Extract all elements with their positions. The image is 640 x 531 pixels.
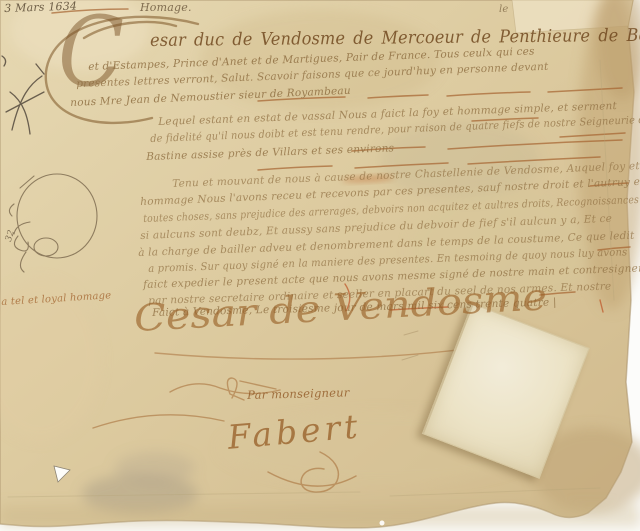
docket-title: Homage. [140,1,192,14]
corner-mark: le [499,4,509,15]
edge-nick [380,521,385,526]
closing-formula: Par monseigneur [247,385,350,402]
manuscript-scan: 3 Mars 1634 Homage. le 32 a tel et loyal… [0,0,640,531]
